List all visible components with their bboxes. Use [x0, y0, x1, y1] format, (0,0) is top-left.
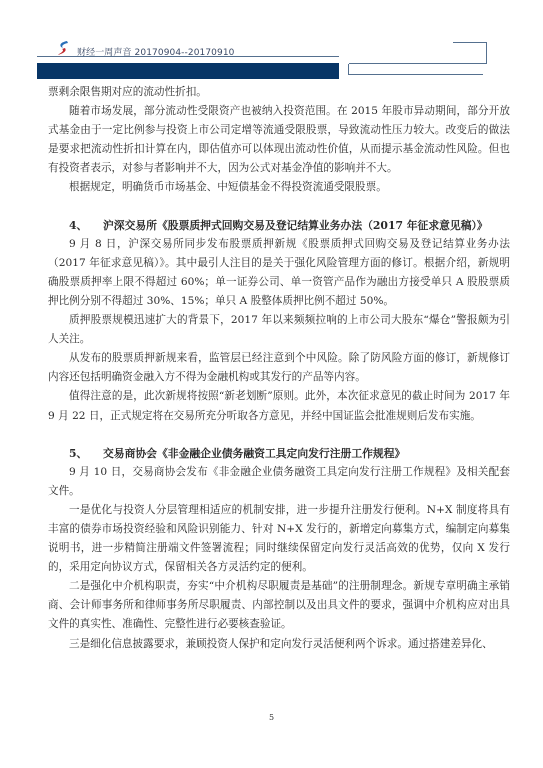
header-band: [37, 63, 339, 79]
section-title: 沪深交易所《股票质押式回购交易及登记结算业务办法（2017 年征求意见稿）》: [103, 219, 488, 232]
decorative-bracket: [453, 42, 487, 64]
document-body: 票剩余限售期对应的流动性折扣。 随着市场发展，部分流动性受限资产也被纳入投资范围…: [48, 83, 510, 654]
paragraph: 随着市场发展，部分流动性受限资产也被纳入投资范围。在 2015 年股市异动期间，…: [48, 102, 510, 178]
paragraph: 二是强化中介机构职责，夯实“中介机构尽职履责是基础”的注册制理念。新规专章明确主…: [48, 577, 510, 634]
paragraph: 一是优化与投资人分层管理相适应的机制安排，进一步提升注册发行便利。N+X 制度将…: [48, 501, 510, 577]
paragraph: 票剩余限售期对应的流动性折扣。: [48, 83, 510, 102]
paragraph: 质押股票规模迅速扩大的背景下，2017 年以来频频拉响的上市公司大股东“爆仓”警…: [48, 311, 510, 349]
stylized-s-logo-icon: [57, 40, 69, 56]
page-header: 财经一周声音 20170904--20170910: [0, 0, 543, 90]
section-heading-4: 4、沪深交易所《股票质押式回购交易及登记结算业务办法（2017 年征求意见稿）》: [48, 216, 510, 235]
section-heading-5: 5、交易商协会《非金融企业债务融资工具定向发行注册工作规程》: [48, 444, 510, 463]
paragraph: 9 月 10 日，交易商协会发布《非金融企业债务融资工具定向发行注册工作规程》及…: [48, 463, 510, 501]
paragraph: 从发布的股票质押新规来看，监管层已经注意到个中风险。除了防风险方面的修订，新规修…: [48, 349, 510, 387]
section-number: 5、: [69, 444, 103, 463]
decorative-bracket: [348, 64, 483, 75]
paragraph: 值得注意的是，此次新规将按照“新老划断”原则。此外，本次征求意见的截止时间为 2…: [48, 387, 510, 425]
section-number: 4、: [69, 216, 103, 235]
paragraph: 9 月 8 日，沪深交易所同步发布股票质押新规《股票质押式回购交易及登记结算业务…: [48, 235, 510, 311]
header-rule: [37, 56, 339, 57]
paragraph: 根据规定，明确货币市场基金、中短债基金不得投资流通受限股票。: [48, 178, 510, 197]
page-number: 5: [0, 713, 543, 722]
section-title: 交易商协会《非金融企业债务融资工具定向发行注册工作规程》: [103, 447, 405, 460]
paragraph: 三是细化信息披露要求，兼顾投资人保护和定向发行灵活便利两个诉求。通过搭建差异化、: [48, 635, 510, 654]
